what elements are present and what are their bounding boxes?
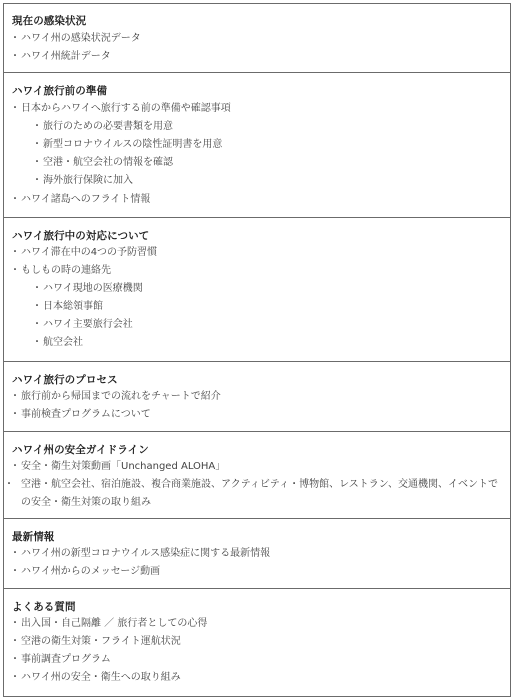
- bullet-icon: ・: [9, 669, 21, 687]
- link-label: ハワイ州の新型コロナウイルス感染症に関する最新情報: [21, 548, 270, 559]
- bullet-icon: ・: [31, 154, 43, 172]
- link-label: 出入国・自己隔離 ／ 旅行者としての心得: [21, 618, 207, 629]
- link-faq-entry-quarantine[interactable]: ・出入国・自己隔離 ／ 旅行者としての心得: [9, 615, 207, 633]
- bullet-icon: ・: [9, 244, 21, 262]
- link-label: ハワイ主要旅行会社: [43, 319, 133, 330]
- bullet-icon: ・: [31, 136, 43, 154]
- link-consulate[interactable]: ・日本総領事館: [31, 298, 103, 316]
- section-latest-news: 最新情報 ・ハワイ州の新型コロナウイルス感染症に関する最新情報 ・ハワイ州からの…: [4, 519, 510, 589]
- link-emergency-contacts[interactable]: ・もしもの時の連絡先: [9, 262, 111, 280]
- section-during-travel: ハワイ旅行中の対応について ・ハワイ滞在中の4つの予防習慣 ・もしもの時の連絡先…: [4, 218, 510, 362]
- link-label: 旅行のための必要書類を用意: [43, 121, 173, 132]
- bullet-icon: ・: [31, 118, 43, 136]
- bullet-icon: ・: [9, 30, 21, 48]
- link-label: 空港・航空会社の情報を確認: [43, 157, 173, 168]
- link-label: 日本からハワイへ旅行する前の準備や確認事項: [21, 103, 231, 114]
- link-airport-airline-info[interactable]: ・空港・航空会社の情報を確認: [31, 154, 173, 172]
- bullet-icon: ・: [9, 476, 21, 494]
- section-faq: よくある質問 ・出入国・自己隔離 ／ 旅行者としての心得 ・空港の衛生対策・フラ…: [4, 589, 510, 696]
- link-label: 旅行前から帰国までの流れをチャートで紹介: [21, 391, 221, 402]
- bullet-icon: ・: [9, 563, 21, 581]
- link-required-documents[interactable]: ・旅行のための必要書類を用意: [31, 118, 173, 136]
- link-latest-covid-info[interactable]: ・ハワイ州の新型コロナウイルス感染症に関する最新情報: [9, 545, 270, 563]
- bullet-icon: ・: [31, 298, 43, 316]
- bullet-icon: ・: [31, 316, 43, 334]
- link-medical-institutions[interactable]: ・ハワイ現地の医療機関: [31, 280, 143, 298]
- section-pre-travel-preparation: ハワイ旅行前の準備 ・日本からハワイへ旅行する前の準備や確認事項 ・旅行のための…: [4, 73, 510, 218]
- bullet-icon: ・: [9, 458, 21, 476]
- section-title: ハワイ州の安全ガイドライン: [12, 442, 149, 457]
- link-airlines[interactable]: ・航空会社: [31, 334, 83, 352]
- bullet-icon: ・: [9, 545, 21, 563]
- link-label: 空港の衛生対策・フライト運航状況: [21, 636, 181, 647]
- link-flight-info[interactable]: ・ハワイ諸島へのフライト情報: [9, 191, 150, 209]
- link-faq-pretest-program[interactable]: ・事前調査プログラム: [9, 651, 111, 669]
- link-label: もしもの時の連絡先: [21, 265, 111, 276]
- link-label: 事前検査プログラムについて: [21, 409, 151, 420]
- link-label: 事前調査プログラム: [21, 654, 111, 665]
- section-title: ハワイ旅行前の準備: [12, 83, 107, 98]
- link-faq-airport-flights[interactable]: ・空港の衛生対策・フライト運航状況: [9, 633, 181, 651]
- bullet-icon: ・: [9, 615, 21, 633]
- link-travel-insurance[interactable]: ・海外旅行保険に加入: [31, 172, 133, 190]
- link-pre-travel-checklist[interactable]: ・日本からハワイへ旅行する前の準備や確認事項: [9, 100, 231, 118]
- link-label: 新型コロナウイルスの陰性証明書を用意: [43, 139, 222, 150]
- section-travel-process: ハワイ旅行のプロセス ・旅行前から帰国までの流れをチャートで紹介 ・事前検査プロ…: [4, 362, 510, 432]
- link-negative-test-certificate[interactable]: ・新型コロナウイルスの陰性証明書を用意: [31, 136, 222, 154]
- bullet-icon: ・: [9, 633, 21, 651]
- bullet-icon: ・: [9, 262, 21, 280]
- covid-info-index: 現在の感染状況 ・ハワイ州の感染状況データ ・ハワイ州統計データ ハワイ旅行前の…: [3, 3, 511, 697]
- link-faq-safety-efforts[interactable]: ・ハワイ州の安全・衛生への取り組み: [9, 669, 181, 687]
- link-label: 日本総領事館: [43, 301, 103, 312]
- bullet-icon: ・: [31, 172, 43, 190]
- link-label: 安全・衛生対策動画「Unchanged ALOHA」: [21, 461, 225, 472]
- link-label: 航空会社: [43, 337, 83, 348]
- link-label: ハワイ州統計データ: [21, 51, 111, 62]
- bullet-icon: ・: [9, 388, 21, 406]
- link-label: ハワイ州の安全・衛生への取り組み: [21, 672, 181, 683]
- link-label: ハワイ諸島へのフライト情報: [21, 194, 150, 205]
- link-label: ハワイ州からのメッセージ動画: [21, 566, 160, 577]
- bullet-icon: ・: [9, 48, 21, 66]
- link-label: 空港・航空会社、宿泊施設、複合商業施設、アクティビティ・博物館、レストラン、交通…: [21, 479, 498, 508]
- section-title: ハワイ旅行のプロセス: [12, 372, 118, 387]
- bullet-icon: ・: [31, 280, 43, 298]
- link-process-chart[interactable]: ・旅行前から帰国までの流れをチャートで紹介: [9, 388, 221, 406]
- section-title: ハワイ旅行中の対応について: [12, 228, 149, 243]
- bullet-icon: ・: [9, 100, 21, 118]
- section-title: 最新情報: [12, 529, 54, 544]
- link-unchanged-aloha-video[interactable]: ・安全・衛生対策動画「Unchanged ALOHA」: [9, 458, 225, 476]
- section-current-infection-status: 現在の感染状況 ・ハワイ州の感染状況データ ・ハワイ州統計データ: [4, 4, 510, 73]
- bullet-icon: ・: [9, 406, 21, 424]
- link-travel-agencies[interactable]: ・ハワイ主要旅行会社: [31, 316, 133, 334]
- link-label: 海外旅行保険に加入: [43, 175, 133, 186]
- section-title: 現在の感染状況: [12, 13, 86, 28]
- section-safety-guidelines: ハワイ州の安全ガイドライン ・安全・衛生対策動画「Unchanged ALOHA…: [4, 432, 510, 519]
- link-label: ハワイ現地の医療機関: [43, 283, 143, 294]
- link-label: ハワイ州の感染状況データ: [21, 33, 141, 44]
- link-hawaii-statistics[interactable]: ・ハワイ州統計データ: [9, 48, 111, 66]
- link-prevention-habits[interactable]: ・ハワイ滞在中の4つの予防習慣: [9, 244, 157, 262]
- section-title: よくある質問: [12, 599, 76, 614]
- link-pretest-program[interactable]: ・事前検査プログラムについて: [9, 406, 151, 424]
- link-hawaii-infection-data[interactable]: ・ハワイ州の感染状況データ: [9, 30, 141, 48]
- bullet-icon: ・: [31, 334, 43, 352]
- link-label: ハワイ滞在中の4つの予防習慣: [21, 247, 157, 258]
- link-message-video[interactable]: ・ハワイ州からのメッセージ動画: [9, 563, 160, 581]
- bullet-icon: ・: [9, 191, 21, 209]
- link-facility-safety-measures[interactable]: ・空港・航空会社、宿泊施設、複合商業施設、アクティビティ・博物館、レストラン、交…: [9, 476, 501, 512]
- bullet-icon: ・: [9, 651, 21, 669]
